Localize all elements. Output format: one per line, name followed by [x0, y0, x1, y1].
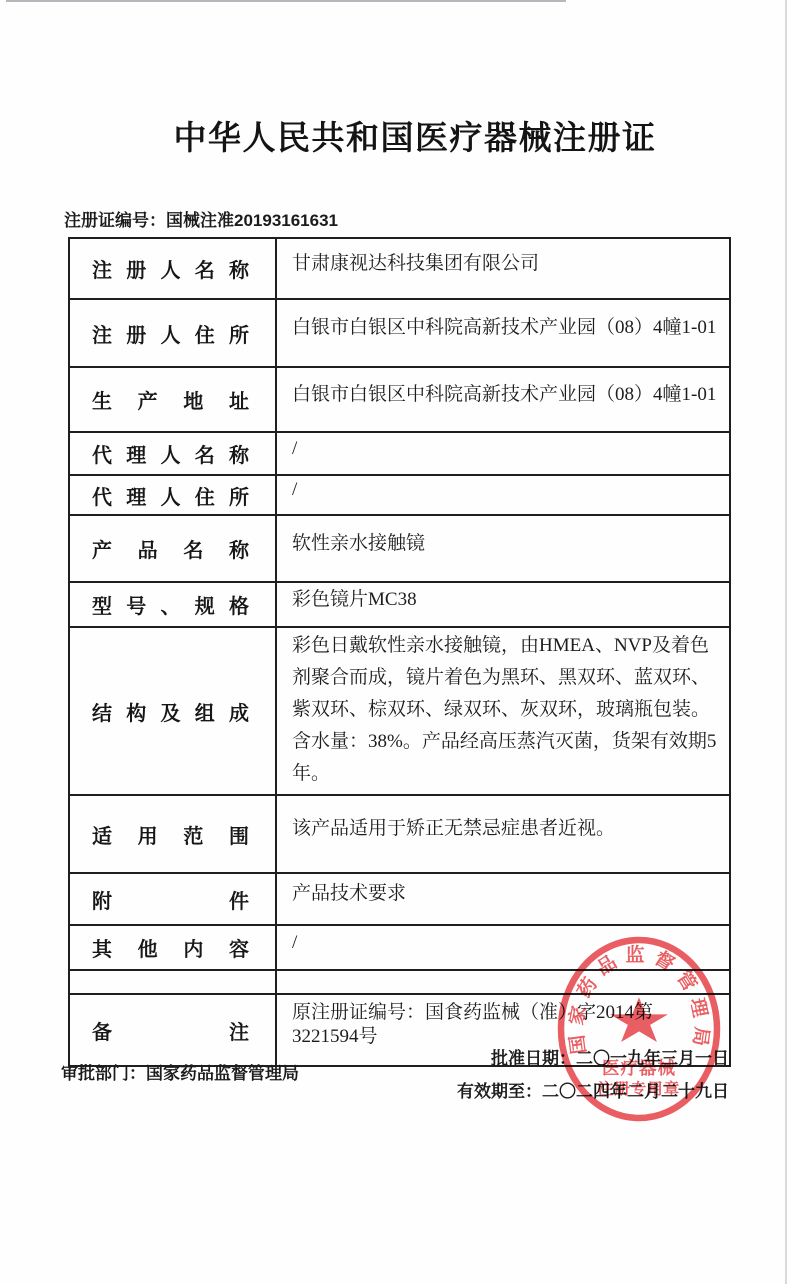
- table-row-registrant-name: 注册人名称 甘肃康视达科技集团有限公司: [69, 238, 730, 299]
- row-label: 代理人住所: [69, 475, 276, 515]
- certificate-number-line: 注册证编号：国械注准20193161631: [64, 206, 338, 231]
- table-row-other-content: 其他内容 /: [69, 925, 730, 970]
- table-row-product-name: 产品名称 软性亲水接触镜: [69, 515, 730, 582]
- spacer-cell: [276, 970, 730, 994]
- row-value: 彩色日戴软性亲水接触镜，由HMEA、NVP及着色剂聚合而成，镜片着色为黑环、黑双…: [276, 627, 730, 795]
- row-label: 结构及组成: [69, 627, 276, 795]
- row-label: 代理人名称: [69, 432, 276, 475]
- table-row-registrant-address: 注册人住所 白银市白银区中科院高新技术产业园（08）4幢1-01: [69, 299, 730, 367]
- certificate-table: 注册人名称 甘肃康视达科技集团有限公司 注册人住所 白银市白银区中科院高新技术产…: [68, 237, 731, 1067]
- table-row-attachment: 附件 产品技术要求: [69, 873, 730, 925]
- approval-date-line: 批准日期：二〇一九年三月一日: [491, 1044, 729, 1069]
- spacer-cell: [69, 970, 276, 994]
- row-label: 适用范围: [69, 795, 276, 873]
- row-value: /: [276, 925, 730, 970]
- approval-department-line: 审批部门：国家药品监督管理局: [61, 1059, 299, 1084]
- row-value: 彩色镜片MC38: [276, 582, 730, 627]
- table-row-scope-of-application: 适用范围 该产品适用于矫正无禁忌症患者近视。: [69, 795, 730, 873]
- certificate-page: 中华人民共和国医疗器械注册证 注册证编号：国械注准20193161631 注册人…: [0, 0, 790, 1284]
- row-value: 白银市白银区中科院高新技术产业园（08）4幢1-01: [276, 367, 730, 432]
- row-value: 甘肃康视达科技集团有限公司: [276, 238, 730, 299]
- row-value: 白银市白银区中科院高新技术产业园（08）4幢1-01: [276, 299, 730, 367]
- certificate-title: 中华人民共和国医疗器械注册证: [0, 112, 790, 159]
- row-label: 附件: [69, 873, 276, 925]
- row-label: 备注: [69, 994, 276, 1066]
- table-row-agent-address: 代理人住所 /: [69, 475, 730, 515]
- row-label: 注册人名称: [69, 238, 276, 299]
- table-row-structure-composition: 结构及组成 彩色日戴软性亲水接触镜，由HMEA、NVP及着色剂聚合而成，镜片着色…: [69, 627, 730, 795]
- table-row-production-address: 生产地址 白银市白银区中科院高新技术产业园（08）4幢1-01: [69, 367, 730, 432]
- row-label: 生产地址: [69, 367, 276, 432]
- table-row-agent-name: 代理人名称 /: [69, 432, 730, 475]
- row-value: 产品技术要求: [276, 873, 730, 925]
- row-label: 其他内容: [69, 925, 276, 970]
- row-value: /: [276, 432, 730, 475]
- row-value: 该产品适用于矫正无禁忌症患者近视。: [276, 795, 730, 873]
- table-row-model-spec: 型号、规格 彩色镜片MC38: [69, 582, 730, 627]
- row-label: 注册人住所: [69, 299, 276, 367]
- scan-artifact-top-edge: [6, 0, 566, 2]
- row-label: 型号、规格: [69, 582, 276, 627]
- valid-until-line: 有效期至：二〇二四年二月二十九日: [457, 1077, 729, 1102]
- row-label: 产品名称: [69, 515, 276, 582]
- scan-artifact-right-edge: [785, 0, 787, 1284]
- row-value: 软性亲水接触镜: [276, 515, 730, 582]
- table-row-spacer: [69, 970, 730, 994]
- row-value: /: [276, 475, 730, 515]
